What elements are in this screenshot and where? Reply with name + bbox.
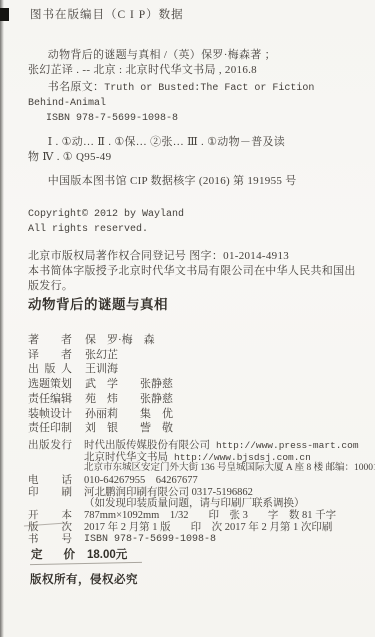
printer-value: 河北鹏润印刷有限公司 0317-5196862 [84, 487, 368, 499]
cip-classification-line2: 物 Ⅳ . ① Q95-49 [28, 150, 358, 165]
credit-row-translator: 译者张幻芷 [28, 348, 368, 363]
price-row: 定价 18.00元 [28, 550, 368, 562]
copyright-license: 本书简体字版授予北京时代华文书局有限公司在中华人民共和国出版发行。 [28, 264, 358, 294]
format-sheets: 印 张 3 [209, 510, 248, 521]
cip-record-line2: 张幻芷译 . -- 北京 : 北京时代华文书局 , 2016.8 [28, 63, 358, 78]
scan-corner-mark [0, 8, 9, 21]
credits-list: 著者保 罗·梅 森 译者张幻芷 出版人王训海 选题策划武 学 张静慈 责任编辑苑… [28, 333, 368, 436]
book-number-row: 书号 ISBN 978-7-5699-1098-8 [28, 534, 368, 546]
credit-row-author: 著者保 罗·梅 森 [28, 333, 368, 348]
cip-original-title-line: 书名原文：Truth or Busted:The Fact or Fiction [28, 80, 358, 96]
credit-row-planning: 选题策划武 学 张静慈 [28, 377, 368, 392]
format-row: 开本 787mm×1092mm 1/32印 张 3字 数 81 千字 [28, 510, 368, 522]
publisher-label: 出版发行 [28, 440, 72, 452]
copyright-page: 图书在版编目（C I P）数据 动物背后的谜题与真相 /（英）保罗·梅森著 ； … [0, 0, 375, 637]
rights-notice: 版权所有，侵权必究 [30, 571, 368, 587]
cip-classification-line1: Ⅰ . ①动… Ⅱ . ①保… ②张… Ⅲ . ①动物－普及读 [28, 135, 358, 150]
phone-value: 010-64267955 64267677 [84, 475, 368, 487]
credit-label: 责任印制 [28, 421, 72, 436]
credit-row-publisher-person: 出版人王训海 [28, 362, 368, 377]
format-label: 开本 [28, 510, 72, 522]
credit-label: 译者 [28, 348, 72, 363]
edition-value: 2017 年 2 月第 1 版 [84, 522, 171, 533]
credit-value: 苑 炜 张静慈 [85, 393, 173, 405]
credit-value: 张幻芷 [85, 349, 118, 361]
edition-row: 版次 2017 年 2 月第 1 版印 次 2017 年 2 月第 1 次印刷 [28, 522, 368, 534]
price-label: 定价 [31, 550, 75, 562]
credit-value: 保 罗·梅 森 [85, 334, 155, 346]
cip-isbn-line: ISBN 978-7-5699-1098-8 [28, 111, 358, 126]
credit-label: 装帧设计 [28, 407, 72, 422]
credit-value: 武 学 张静慈 [85, 378, 173, 390]
printer-note: （如发现印装质量问题，请与印刷厂联系调换） [84, 498, 368, 510]
publishing-info: 出版发行 时代出版传媒股份有限公司http://www.press-mart.c… [28, 440, 368, 562]
credit-label: 著者 [28, 333, 72, 348]
cip-header: 图书在版编目（C I P）数据 [30, 8, 358, 23]
credit-label: 责任编辑 [28, 392, 72, 407]
credit-row-editor: 责任编辑苑 炜 张静慈 [28, 392, 368, 407]
printer-note-row: （如发现印装质量问题，请与印刷厂联系调换） [28, 498, 368, 510]
copyright-line1: Copyright© 2012 by Wayland [28, 207, 358, 222]
copyright-registration: 北京市版权局著作权合同登记号 图字：01-2014-4913 [28, 249, 358, 264]
publisher-address: 北京市东城区安定门外大街 136 号皇城国际大厦 A 座 8 楼 邮编：1000… [84, 463, 375, 475]
price-value: 18.00元 [87, 550, 368, 562]
cip-archive-number: 中国版本图书馆 CIP 数据核字 (2016) 第 191955 号 [28, 174, 358, 189]
scan-edge-artifact [0, 0, 4, 637]
publisher-bureau-url: http://www.bjsdsj.com.cn [174, 452, 311, 463]
credit-row-design: 装帧设计孙丽莉 集 优 [28, 407, 368, 422]
phone-row: 电话 010-64267955 64267677 [28, 475, 368, 487]
credit-row-printing-supervisor: 责任印制刘 银 訾 敬 [28, 421, 368, 436]
credit-label: 选题策划 [28, 377, 72, 392]
original-title-label: 书名原文： [48, 81, 105, 93]
credit-value: 孙丽莉 集 优 [85, 408, 173, 420]
printer-label: 印刷 [28, 487, 72, 499]
format-words: 字 数 81 千字 [268, 510, 336, 521]
credit-value: 王训海 [85, 363, 118, 375]
cip-original-title-cont: Behind-Animal [28, 96, 358, 111]
phone-label: 电话 [28, 475, 72, 487]
publisher-row: 出版发行 时代出版传媒股份有限公司http://www.press-mart.c… [28, 440, 368, 475]
edition-impression: 印 次 2017 年 2 月第 1 次印刷 [191, 522, 333, 533]
format-value: 787mm×1092mm 1/32 [84, 510, 189, 521]
cip-record-line1: 动物背后的谜题与真相 /（英）保罗·梅森著 ； [28, 48, 358, 63]
original-title-english: Truth or Busted:The Fact or Fiction [104, 83, 314, 94]
credit-label: 出版人 [28, 362, 72, 377]
copyright-line2: All rights reserved. [28, 222, 358, 237]
publisher-company: 时代出版传媒股份有限公司 [84, 440, 210, 451]
credit-value: 刘 银 訾 敬 [85, 422, 173, 434]
publisher-bureau: 北京时代华文书局 [84, 452, 168, 463]
copyright-section: Copyright© 2012 by Wayland All rights re… [28, 207, 358, 294]
book-number-value: ISBN 978-7-5699-1098-8 [84, 534, 368, 546]
book-number-label: 书号 [28, 534, 72, 546]
colophon-section: 动物背后的谜题与真相 著者保 罗·梅 森 译者张幻芷 出版人王训海 选题策划武 … [28, 293, 368, 587]
cip-section: 图书在版编目（C I P）数据 动物背后的谜题与真相 /（英）保罗·梅森著 ； … [28, 8, 358, 189]
book-title: 动物背后的谜题与真相 [28, 293, 368, 313]
publisher-company-url: http://www.press-mart.com [216, 440, 359, 451]
printer-row: 印刷 河北鹏润印刷有限公司 0317-5196862 [28, 487, 368, 499]
